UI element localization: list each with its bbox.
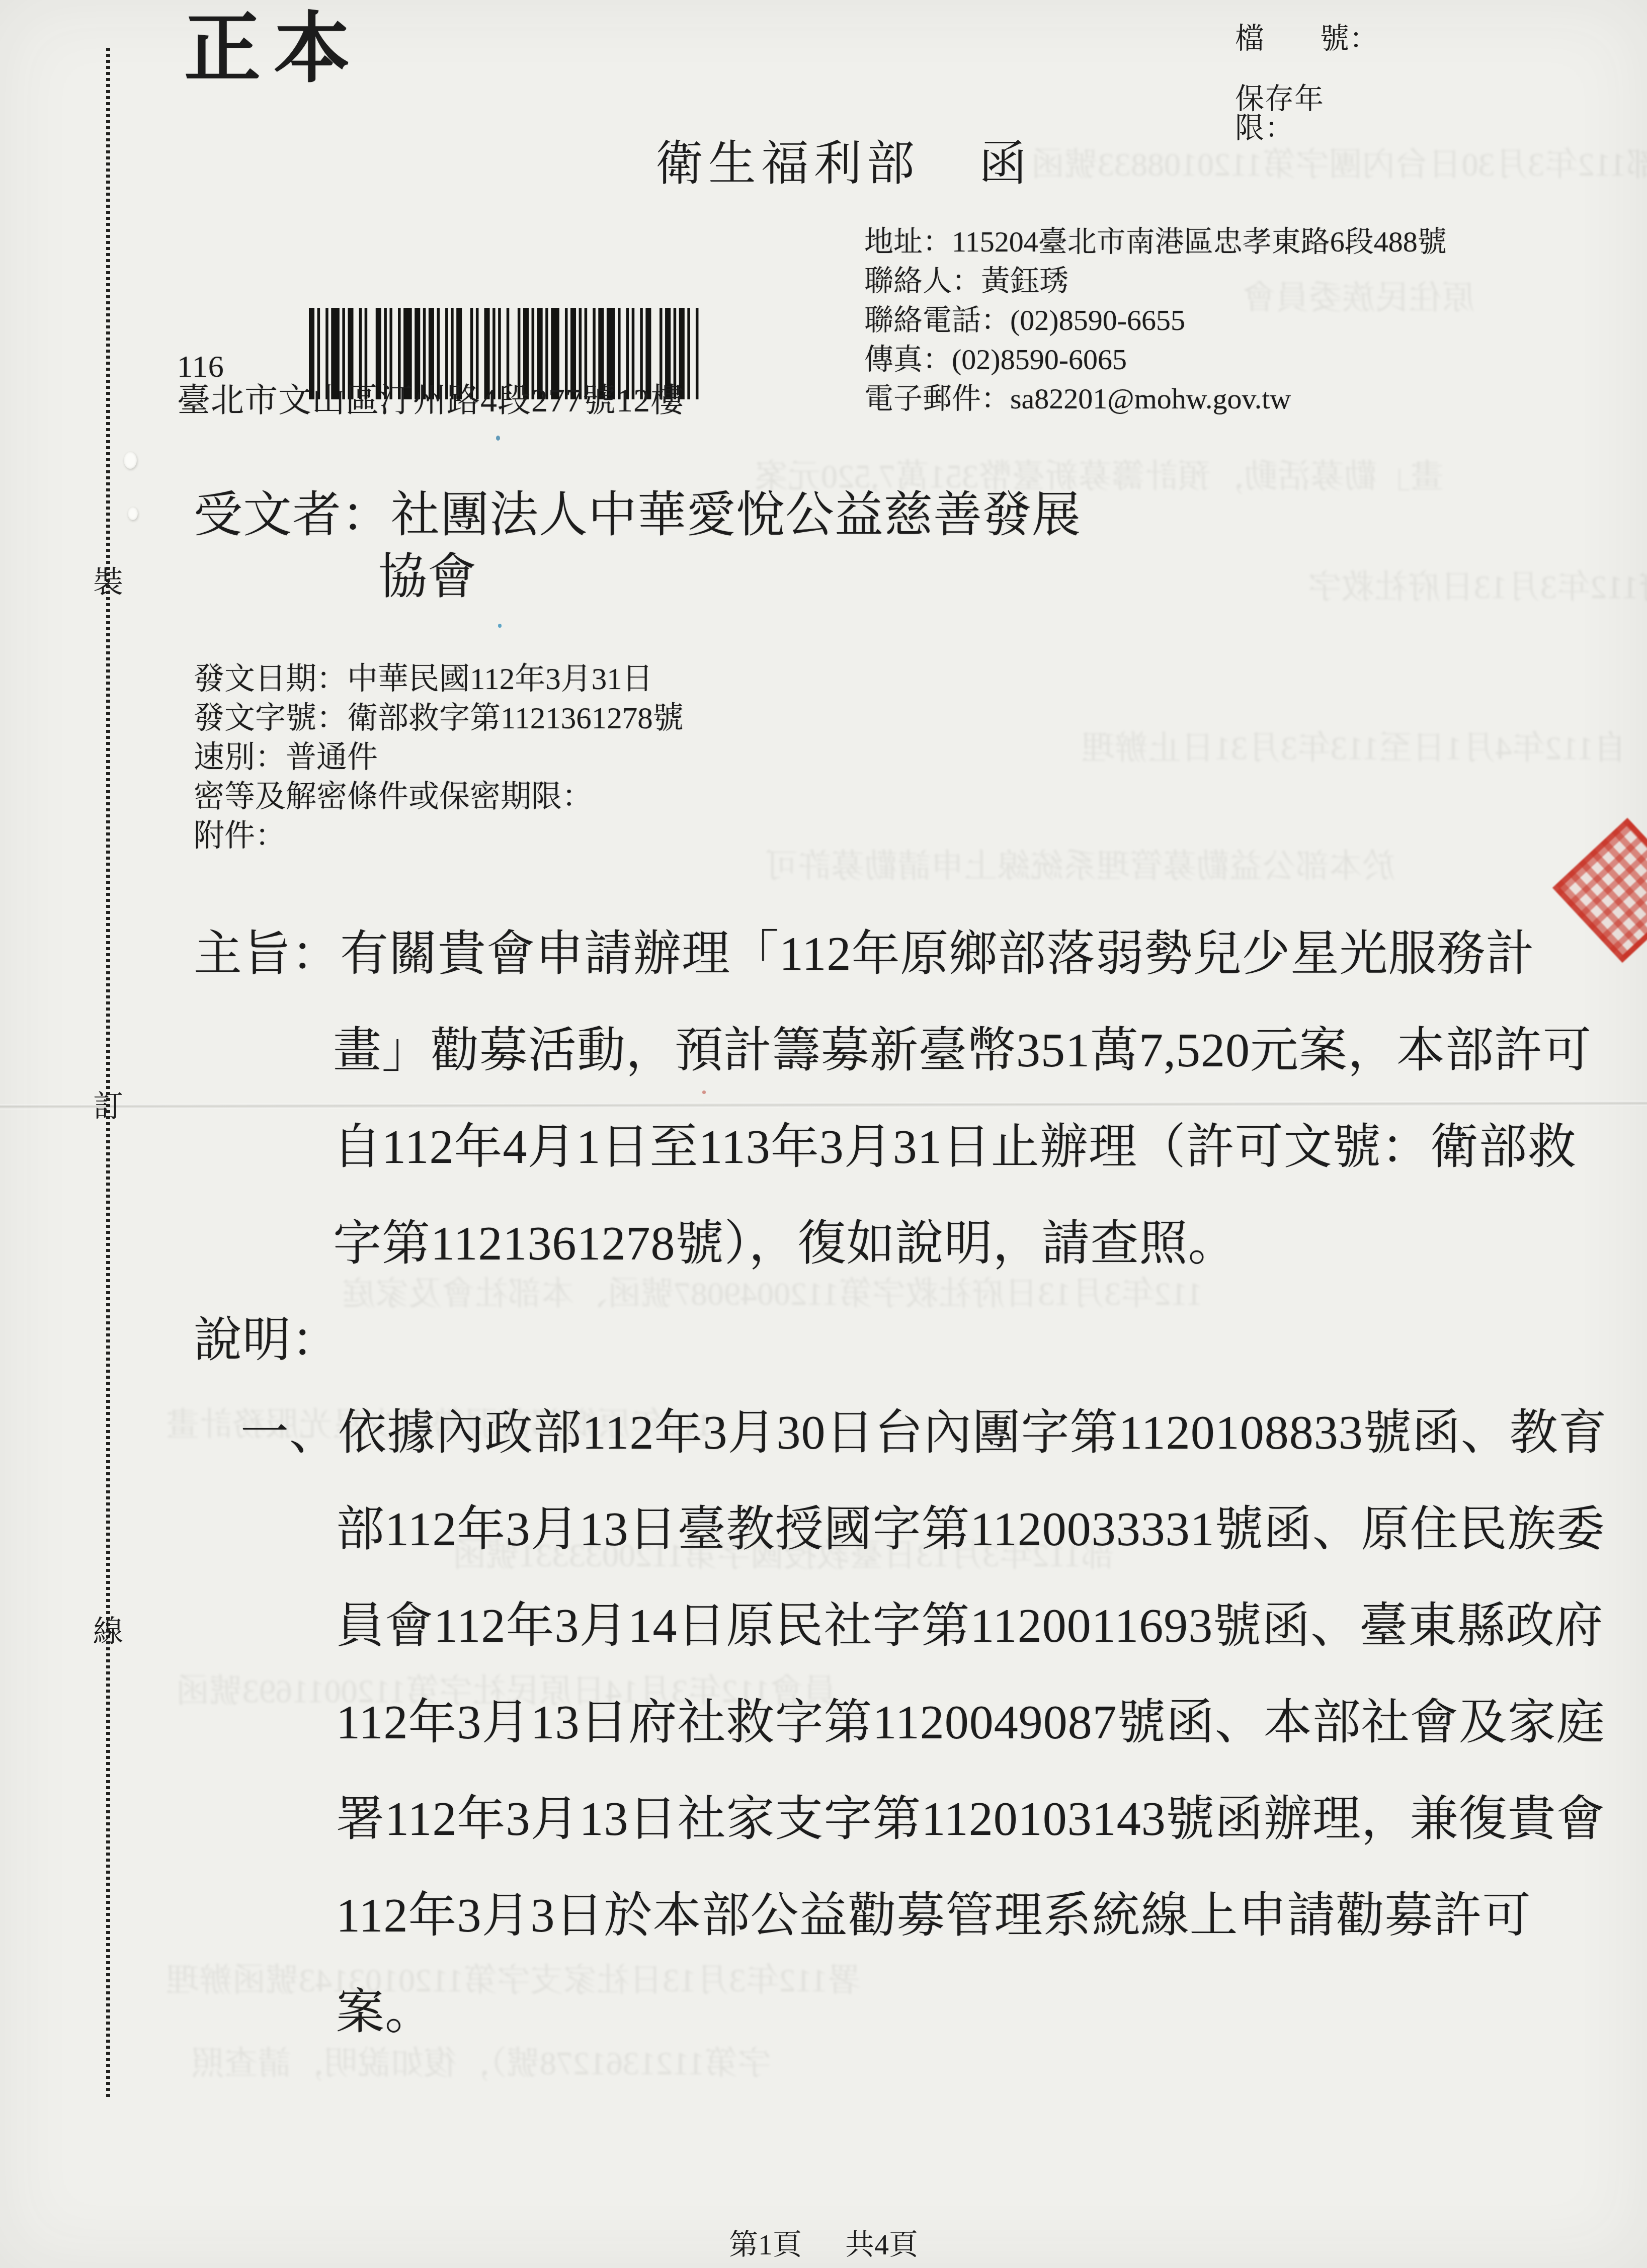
subject-line-3: 自112年4月1日至113年3月31日止辦理（許可文號：衛部救 <box>333 1123 1577 1171</box>
security-classification: 密等及解密條件或保密期限： <box>194 778 684 817</box>
recipient-zip-code: 116 <box>177 351 224 382</box>
footer-total-pages: 共4頁 <box>845 2221 918 2263</box>
priority-level: 速別：普通件 <box>194 738 684 778</box>
paper-damage-spot <box>128 507 138 520</box>
ghost-bleedthrough-line: 臺東縣政府112年3月13日府社救字 <box>1308 571 1647 604</box>
sender-contact-block: 地址：115204臺北市南港區忠孝東路6段488號 聯絡人：黃鈺琇 聯絡電話：(… <box>864 222 1447 418</box>
letter-title: 衛生福利部函 <box>0 126 1647 194</box>
recipient-mail-address: 臺北市文山區汀州路4段277號12樓 <box>177 384 684 417</box>
document-number: 發文字號：衛部救字第1121361278號 <box>194 699 684 738</box>
binding-char-xian: 線 <box>93 1617 123 1647</box>
file-number-label-left: 檔 <box>1235 24 1264 53</box>
file-number-label: 檔 號： <box>1235 24 1378 53</box>
file-number-label-right: 號： <box>1320 24 1378 53</box>
attachment-label: 附件： <box>194 817 684 856</box>
explanation-heading: 說明： <box>194 1316 340 1364</box>
recipient-line-2: 協會 <box>378 552 477 601</box>
subject-line-2: 畫」勸募活動，預計籌募新臺幣351萬7,520元案，本部許可 <box>333 1026 1592 1074</box>
footer-page-number: 第1頁 共4頁 <box>729 2221 918 2263</box>
document-meta-block: 發文日期：中華民國112年3月31日 發文字號：衛部救字第1121361278號… <box>194 660 684 856</box>
ghost-bleedthrough-line: 字第1121361278號），復如說明，請查照 <box>191 2047 771 2080</box>
issue-date: 發文日期：中華民國112年3月31日 <box>194 660 684 699</box>
explanation-item1-line-3: 員會112年3月14日原民社字第1120011693號函、臺東縣政府 <box>336 1602 1603 1650</box>
red-ink-seal <box>1552 818 1647 963</box>
explanation-item1-line-2: 部112年3月13日臺教授國字第1120033331號函、原住民族委 <box>336 1505 1605 1553</box>
sender-fax: 傳真：(02)8590-6065 <box>864 340 1447 379</box>
explanation-item1-line-4: 112年3月13日府社救字第1120049087號函、本部社會及家庭 <box>336 1698 1605 1746</box>
sender-email: 電子郵件：sa82201@mohw.gov.tw <box>864 379 1447 418</box>
archive-number-block: 檔 號： 保存年限： <box>1235 24 1378 143</box>
ghost-bleedthrough-line: 署112年3月13日社家支字第1120103143號函辦理 <box>166 1964 861 1997</box>
paper-fold-crease <box>0 1101 1647 1110</box>
issuing-agency: 衛生福利部 <box>655 137 920 191</box>
explanation-item1-line-5: 署112年3月13日社家支字第1120103143號函辦理，兼復貴會 <box>336 1795 1605 1843</box>
document-type: 函 <box>979 137 1032 191</box>
ink-speck <box>702 1090 706 1094</box>
scanned-official-letter: 依據內政部112年3月30日台內團字第1120108833號函 原住民族委員會 … <box>0 0 1647 2268</box>
recipient-line-1: 受文者：社團法人中華愛悅公益慈善發展 <box>194 490 1081 539</box>
binding-char-zhuang: 裝 <box>93 567 123 598</box>
sender-phone: 聯絡電話：(02)8590-6655 <box>864 301 1447 340</box>
ghost-bleedthrough-line: 自112年4月1日至113年3月31日止辦理 <box>1082 732 1627 765</box>
sender-address: 地址：115204臺北市南港區忠孝東路6段488號 <box>864 222 1447 262</box>
ink-speck <box>496 436 500 441</box>
explanation-item1-line-1: 一、依據內政部112年3月30日台內團字第1120108833號函、教育 <box>240 1408 1607 1457</box>
subject-line-4: 字第1121361278號），復如說明，請查照。 <box>333 1219 1237 1268</box>
paper-damage-spot <box>124 452 137 469</box>
sender-contact-person: 聯絡人：黃鈺琇 <box>864 262 1447 301</box>
subject-line-1: 主旨：有關貴會申請辦理「112年原鄉部落弱勢兒少星光服務計 <box>194 930 1534 978</box>
binding-dotted-line <box>106 48 110 2097</box>
ghost-bleedthrough-line: 於本部公益勸募管理系統線上申請勸募許可 <box>765 850 1395 883</box>
explanation-item1-line-7: 案。 <box>336 1988 434 2036</box>
explanation-item1-line-6: 112年3月3日於本部公益勸募管理系統線上申請勸募許可 <box>336 1891 1531 1940</box>
footer-current-page: 第1頁 <box>729 2221 802 2263</box>
copy-type-label: 正本 <box>184 11 363 88</box>
binding-char-ding: 訂 <box>93 1091 123 1122</box>
ink-speck <box>498 624 502 628</box>
ghost-bleedthrough-line: 112年3月13日府社救字第1120049087號函、本部社會及家庭 <box>342 1278 1203 1311</box>
